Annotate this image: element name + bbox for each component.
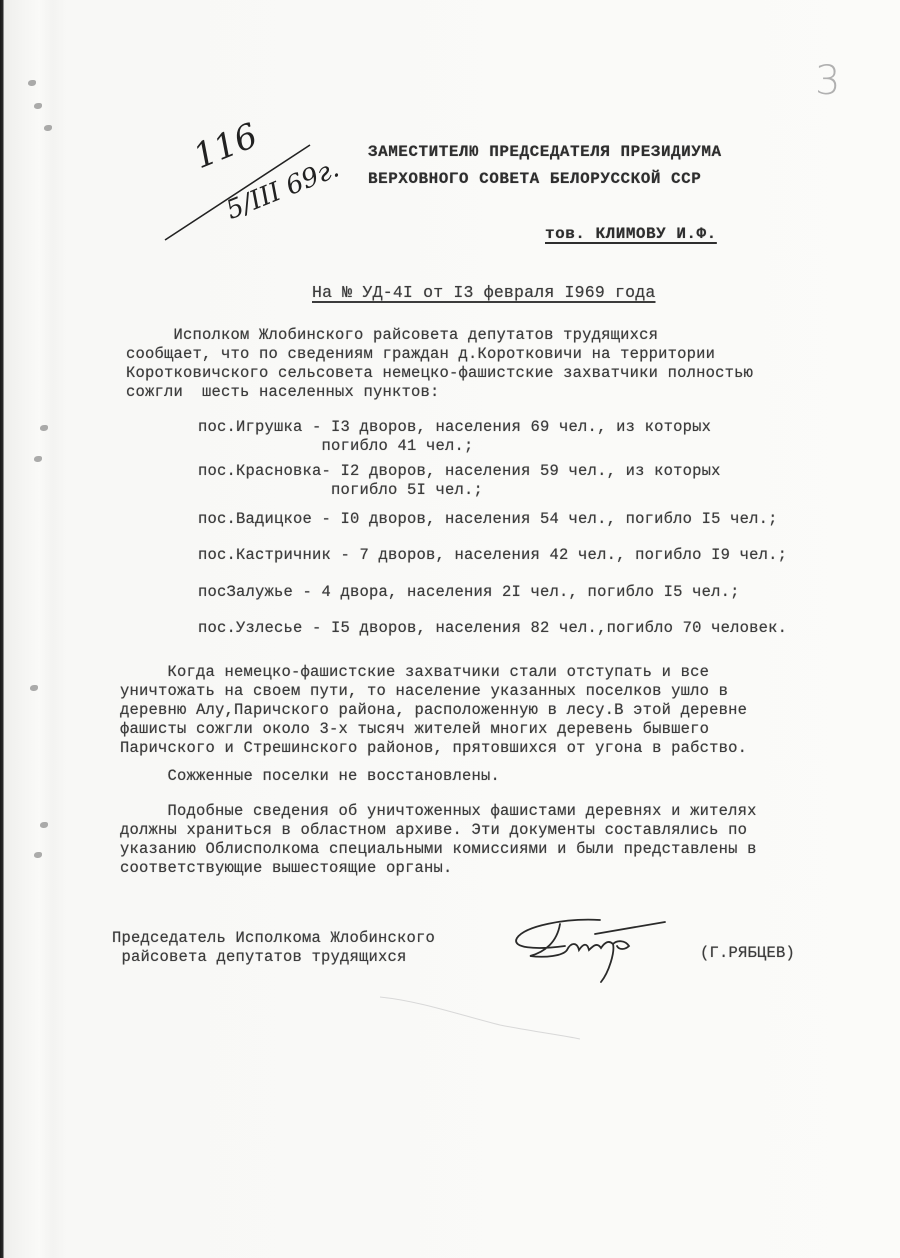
settlement-item: пос.Вадицкое - I0 дворов, населения 54 ч… (198, 510, 778, 529)
settlement-item: пос.Кастричник - 7 дворов, населения 42 … (198, 546, 787, 565)
punch-hole (34, 852, 42, 858)
punch-hole (34, 456, 42, 462)
text-line: должны храниться в областном архиве. Эти… (120, 821, 747, 840)
addressee-name: тов. КЛИМОВУ И.Ф. (545, 225, 717, 244)
text-line: Исполком Жлобинского райсовета депутатов… (126, 326, 658, 345)
document-page: 3 116 5/III 69г. ЗАМЕСТИТЕЛЮ ПРЕДСЕДАТЕЛ… (0, 0, 900, 1258)
text-line: деревню Алу,Паричского района, расположе… (120, 701, 747, 720)
text-line: Паричского и Стрешинского районов, прято… (120, 739, 747, 758)
punch-hole (40, 822, 48, 828)
settlement-item: пос.Игрушка - I3 дворов, населения 69 че… (198, 418, 711, 437)
punch-hole (44, 125, 52, 131)
text-line: Коротковичского сельсовета немецко-фашис… (126, 364, 753, 383)
text-line: фашисты сожгли около 3-х тысяч жителей м… (120, 720, 709, 739)
signatory-name: (Г.РЯБЦЕВ) (700, 944, 795, 963)
text-line: соответствующие вышестоящие органы. (120, 859, 453, 878)
signatory-title-line-1: Председатель Исполкома Жлобинского (112, 929, 435, 948)
text-line: Когда немецко-фашистские захватчики стал… (120, 663, 709, 682)
text-line: сожгли шесть населенных пунктов: (126, 383, 440, 402)
settlement-item-cont: погибло 5I чел.; (198, 481, 483, 500)
page-number: 3 (815, 58, 840, 104)
settlement-item: пос.Красновка- I2 дворов, населения 59 ч… (198, 462, 721, 481)
punch-hole (30, 685, 38, 691)
settlement-item-cont: погибло 41 чел.; (198, 437, 474, 456)
paper-fold (38, 0, 68, 1258)
text-line: Подобные сведения об уничтоженных фашист… (120, 802, 757, 821)
signatory-title-line-2: райсовета депутатов трудящихся (112, 948, 407, 967)
handwritten-signature (505, 912, 675, 1002)
text-line: уничтожать на своем пути, то население у… (120, 682, 728, 701)
paper-crease (380, 995, 580, 1045)
text-line: сообщает, что по сведениям граждан д.Кор… (126, 345, 715, 364)
settlement-item: посЗалужье - 4 двора, населения 2I чел.,… (198, 583, 740, 602)
settlement-item: пос.Узлесье - I5 дворов, населения 82 че… (198, 619, 787, 638)
text-line: указанию Облисполкома специальными комис… (120, 840, 757, 859)
punch-hole (28, 80, 36, 86)
reference-line: На № УД-4I от I3 февраля I969 года (312, 283, 655, 302)
addressee-line-1: ЗАМЕСТИТЕЛЮ ПРЕДСЕДАТЕЛЯ ПРЕЗИДИУМА (368, 143, 722, 162)
punch-hole (40, 425, 48, 431)
punch-hole (34, 103, 42, 109)
addressee-line-2: ВЕРХОВНОГО СОВЕТА БЕЛОРУССКОЙ ССР (368, 170, 701, 189)
not-restored-line: Сожженные поселки не восстановлены. (120, 767, 500, 786)
